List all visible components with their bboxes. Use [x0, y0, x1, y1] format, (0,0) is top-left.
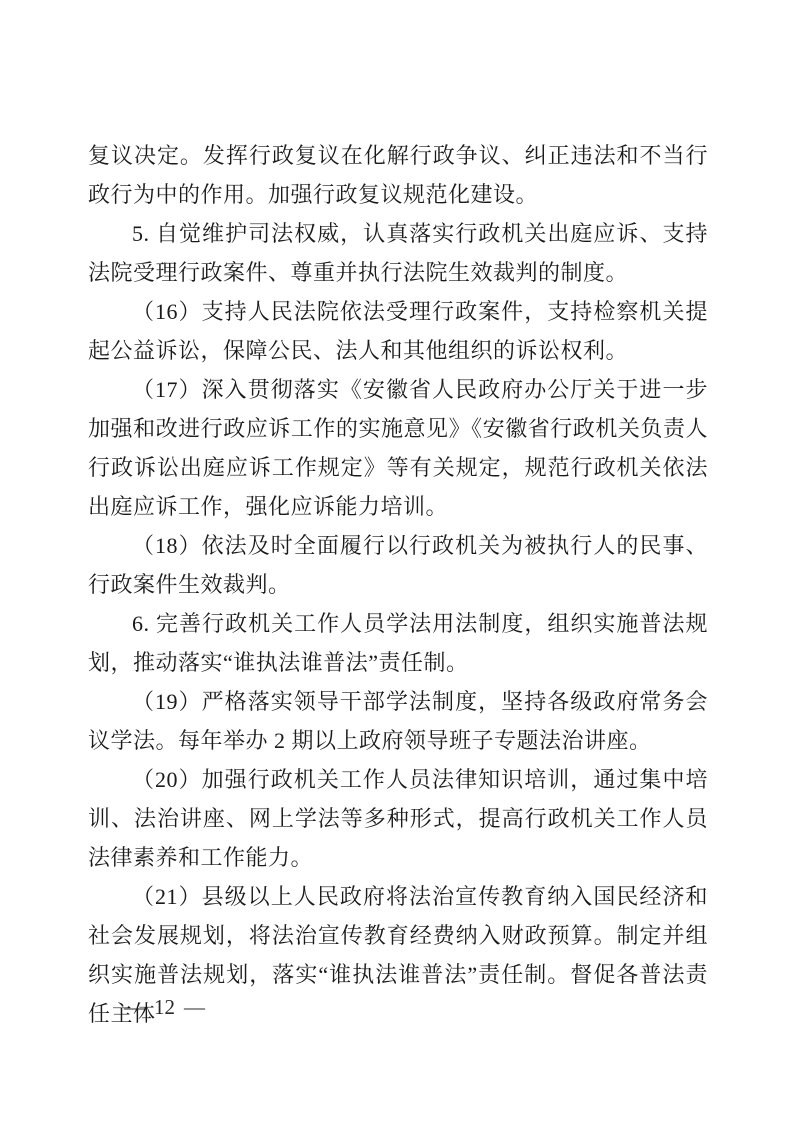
footer-dash-left: — — [124, 997, 145, 1018]
paragraph: （17）深入贯彻落实《安徽省人民政府办公厅关于进一步加强和改进行政应诉工作的实施… — [88, 370, 708, 526]
footer-dash-right: — — [184, 997, 205, 1018]
paragraph: （16）支持人民法院依法受理行政案件，支持检察机关提起公益诉讼，保障公民、法人和… — [88, 292, 708, 370]
paragraph: （18）依法及时全面履行以行政机关为被执行人的民事、行政案件生效裁判。 — [88, 526, 708, 604]
paragraph: 6. 完善行政机关工作人员学法用法制度，组织实施普法规划，推动落实“谁执法谁普法… — [88, 604, 708, 682]
paragraph: 5. 自觉维护司法权威，认真落实行政机关出庭应诉、支持法院受理行政案件、尊重并执… — [88, 214, 708, 292]
paragraph: （20）加强行政机关工作人员法律知识培训，通过集中培训、法治讲座、网上学法等多种… — [88, 760, 708, 877]
document-body: 复议决定。发挥行政复议在化解行政争议、纠正违法和不当行政行为中的作用。加强行政复… — [88, 136, 708, 1033]
document-page: 复议决定。发挥行政复议在化解行政争议、纠正违法和不当行政行为中的作用。加强行政复… — [0, 0, 793, 1122]
paragraph: 复议决定。发挥行政复议在化解行政争议、纠正违法和不当行政行为中的作用。加强行政复… — [88, 136, 708, 214]
page-footer: — 12 — — [124, 997, 205, 1018]
page-number: 12 — [154, 997, 175, 1018]
paragraph: （19）严格落实领导干部学法制度，坚持各级政府常务会议学法。每年举办 2 期以上… — [88, 682, 708, 760]
